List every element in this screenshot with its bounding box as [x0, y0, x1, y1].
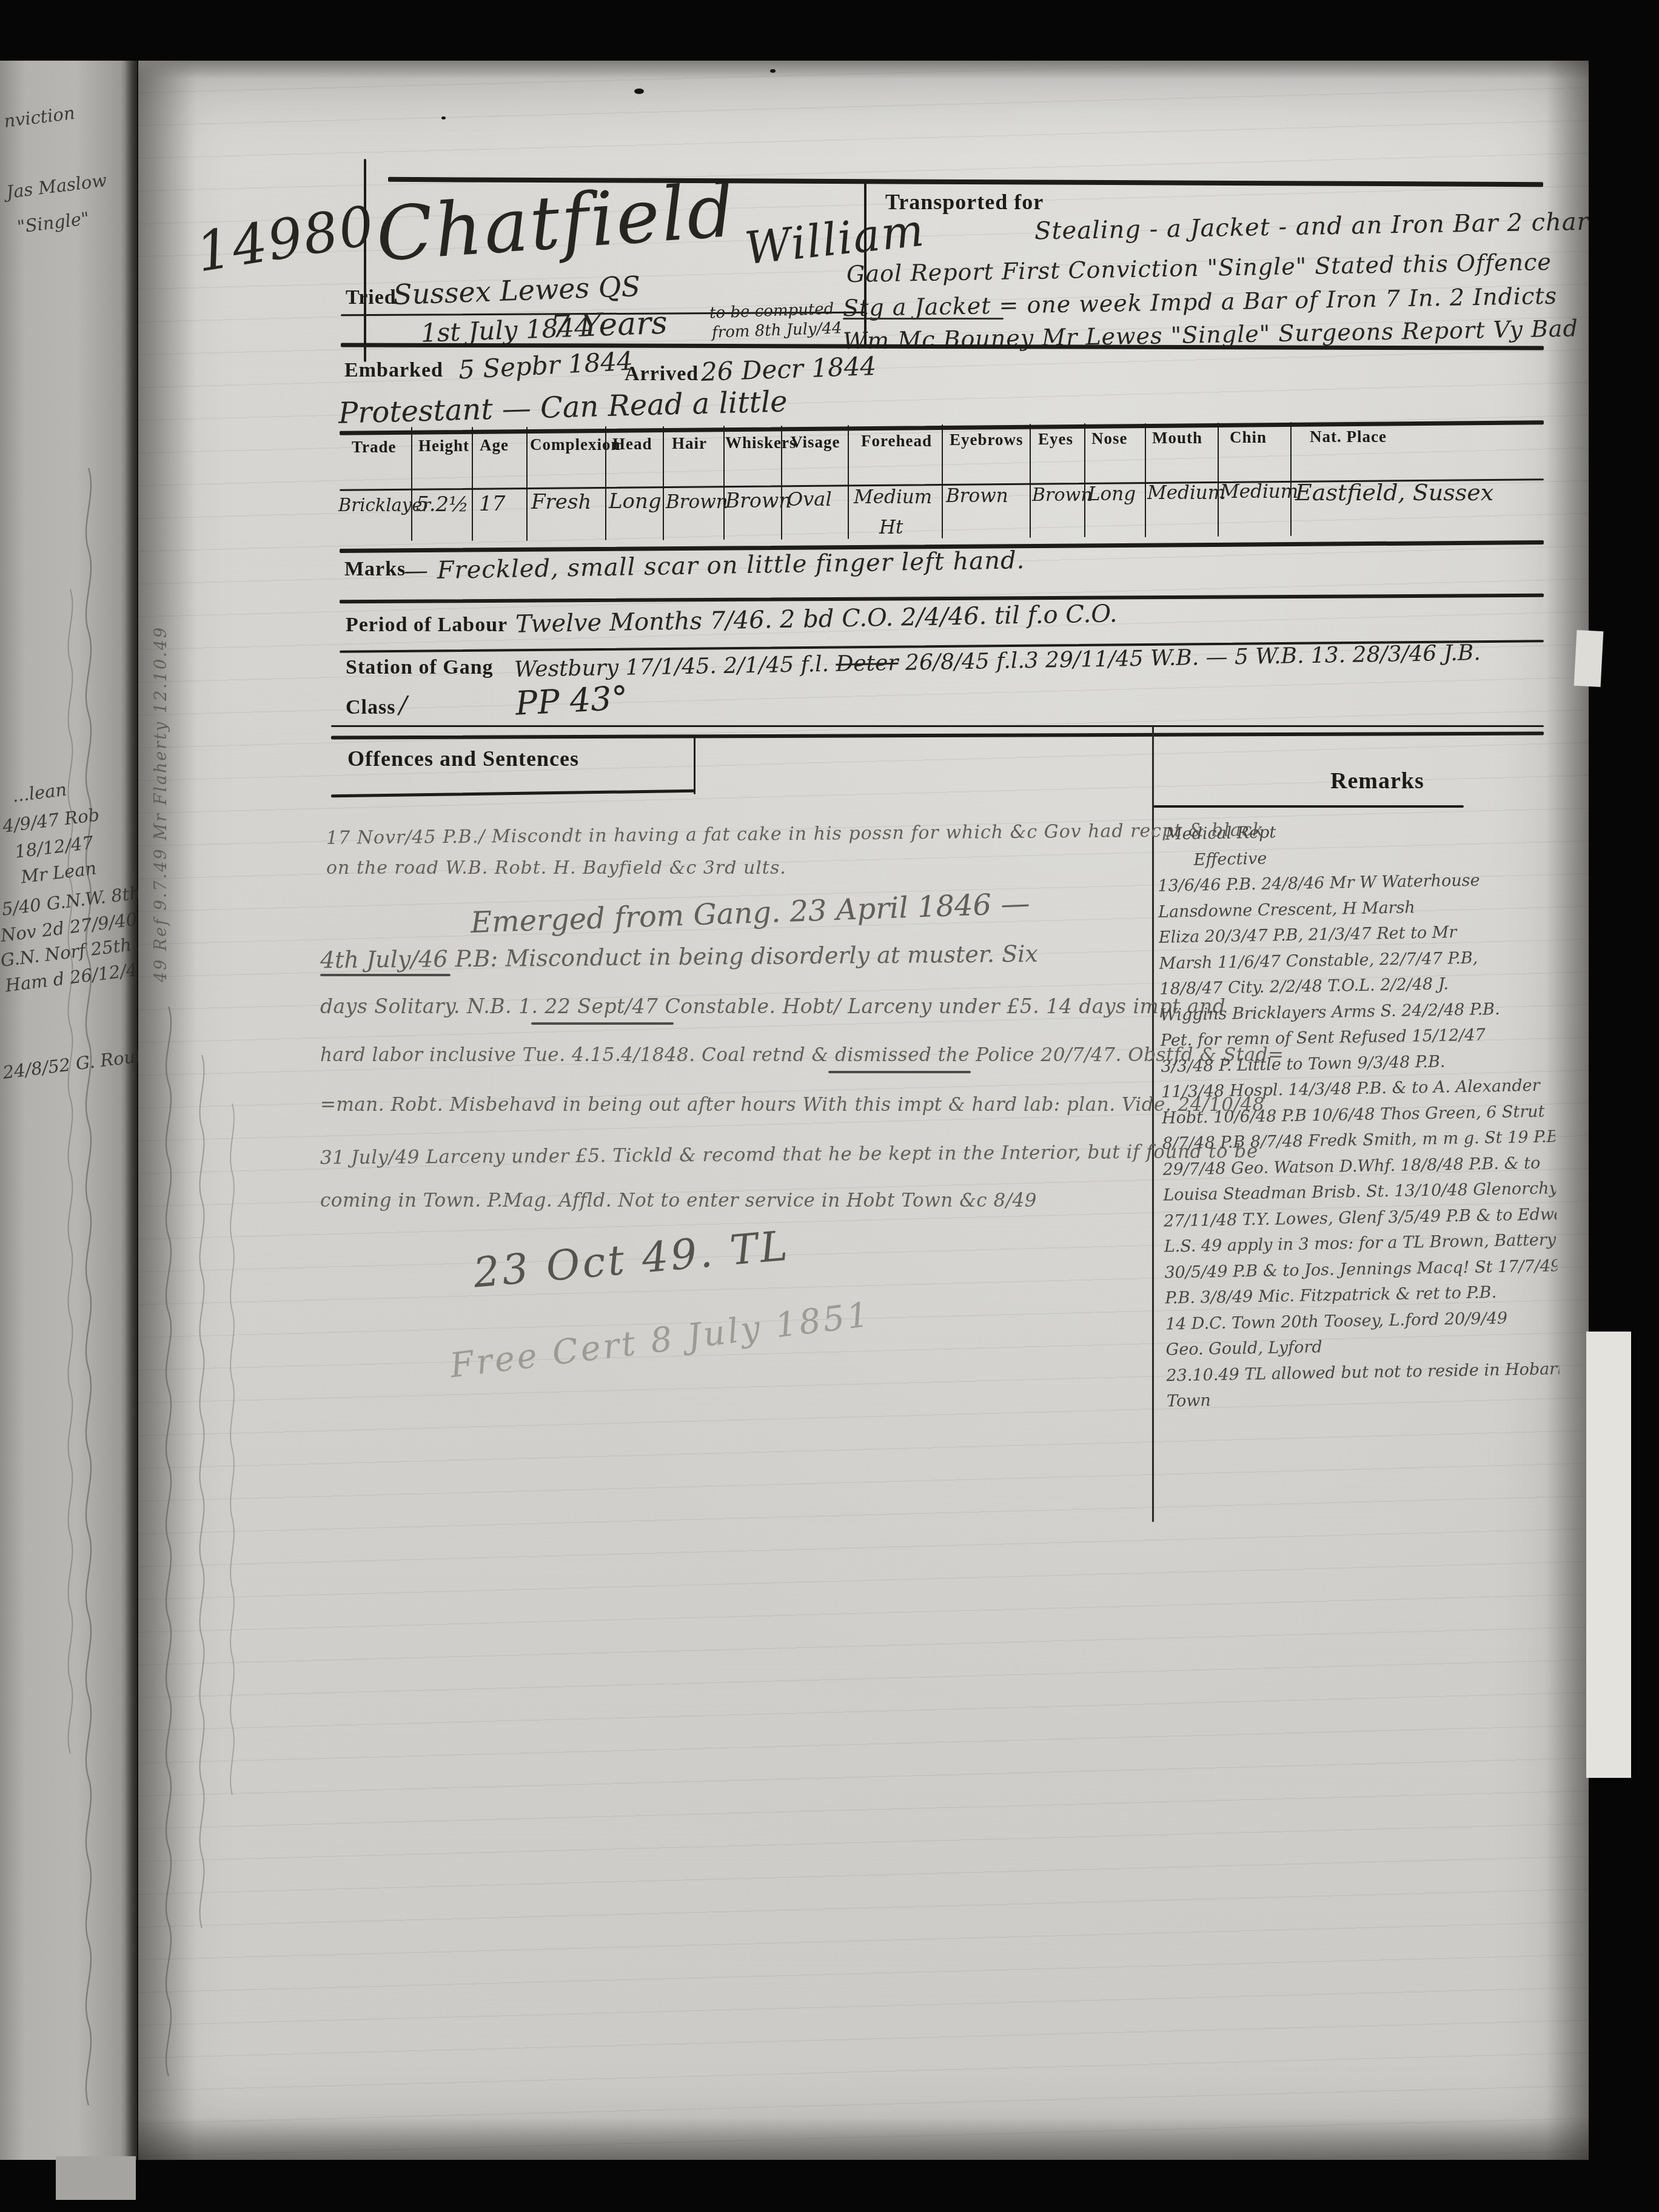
- col-header-whiskers: Whiskers: [725, 434, 797, 452]
- gaol-report-line: Gaol Report First Conviction "Single" St…: [846, 249, 1552, 287]
- offences-box-right: [694, 735, 695, 794]
- station-struck-word: Deter: [836, 651, 899, 677]
- table-col-line: [411, 427, 412, 541]
- col-header-eyebrows: Eyebrows: [950, 431, 1024, 449]
- record-page: 49 Ref 9.7.49 Mr Flaherty 12.10.49 14980…: [138, 61, 1589, 2160]
- value-whiskers: Brown: [725, 489, 791, 512]
- col-header-hair: Hair: [672, 434, 707, 453]
- period-of-labour-label: Period of Labour: [346, 614, 508, 637]
- underline: [843, 318, 1004, 320]
- value-chin: Medium: [1220, 481, 1298, 503]
- transported-for-label: Transported for: [885, 189, 1044, 215]
- transported-for-line: Stealing - a Jacket - and an Iron Bar 2 …: [1034, 207, 1634, 245]
- left-page-fragment: "Single": [16, 208, 90, 237]
- table-col-line: [663, 426, 664, 540]
- form-rule: [364, 159, 366, 362]
- tried-label: Tried: [346, 286, 397, 309]
- previous-page-edge: nviction Jas Maslow "Single" ...lean 4/9…: [0, 56, 137, 2212]
- offence-entry: coming in Town. P.Mag. Affld. Not to ent…: [320, 1190, 1037, 1212]
- table-col-line: [1084, 423, 1085, 537]
- offence-entry: 17 Novr/45 P.B./ Miscondt in having a fa…: [326, 819, 1264, 848]
- table-col-line: [1290, 422, 1292, 536]
- page-top-shadow: [138, 61, 1589, 79]
- frame-right: [1589, 0, 1659, 2212]
- value-visage: Oval: [787, 488, 832, 511]
- ink-speck: [441, 116, 446, 119]
- table-col-line: [1145, 423, 1146, 537]
- table-col-line: [472, 427, 473, 541]
- sentence: 7 Years: [550, 305, 668, 346]
- page-edge-sliver: [1574, 630, 1604, 687]
- table-col-line: [848, 425, 849, 539]
- period-of-labour-value: Twelve Months 7/46. 2 bd C.O. 2/4/46. ti…: [515, 600, 1118, 638]
- remarks-column: Medical Rept Effective 13/6/46 P.B. 24/8…: [1157, 815, 1560, 1415]
- remarks-underline: [1153, 805, 1464, 808]
- col-header-eyes: Eyes: [1038, 430, 1073, 449]
- offences-header: Offences and Sentences: [347, 746, 579, 771]
- form-rule: [331, 725, 1544, 727]
- offence-detail-line: Stg a Jacket = one week Impd a Bar of Ir…: [843, 283, 1558, 322]
- underline: [320, 974, 451, 976]
- frame-top: [0, 0, 1659, 61]
- surname: Chatfield: [374, 167, 739, 278]
- offence-entry: =man. Robt. Misbehavd in being out after…: [320, 1094, 1265, 1116]
- table-col-line: [1030, 424, 1031, 538]
- value-age: 17: [479, 492, 505, 516]
- underline: [531, 1022, 674, 1025]
- class-note: PP 43°: [514, 679, 629, 723]
- value-eyebrows: Brown: [946, 485, 1008, 507]
- table-col-line: [723, 426, 725, 540]
- value-forehead: Medium: [854, 486, 932, 508]
- sentence-computed-note: to be computed: [709, 300, 834, 322]
- offence-emerged: Emerged from Gang. 23 April 1846 —: [470, 886, 1030, 940]
- religion-literacy: Protestant — Can Read a little: [338, 384, 788, 430]
- class-value: /: [399, 691, 407, 719]
- value-hair: Brown: [666, 491, 728, 513]
- value-head: Long: [609, 489, 662, 514]
- arrived-label: Arrived: [625, 363, 699, 386]
- ink-speck: [634, 89, 644, 94]
- offence-entry: days Solitary. N.B. 1. 22 Sept/47 Consta…: [320, 994, 1225, 1018]
- value-complexion: Fresh: [531, 490, 591, 514]
- value-height: 5.2½: [416, 492, 469, 517]
- convict-record-scan: nviction Jas Maslow "Single" ...lean 4/9…: [0, 0, 1659, 2212]
- offences-box-bottom: [331, 789, 695, 797]
- form-rule: [864, 182, 866, 347]
- form-rule: [331, 732, 1544, 740]
- col-header-chin: Chin: [1230, 428, 1267, 447]
- marginalia-scribble: [52, 468, 125, 2142]
- offence-entry: 31 July/49 Larceny under £5. Tickld & re…: [320, 1141, 1258, 1169]
- table-col-line: [526, 427, 528, 541]
- vertical-margin-note: 49 Ref 9.7.49 Mr Flaherty 12.10.49: [152, 303, 170, 982]
- column-divider: [1152, 726, 1154, 1522]
- table-col-line: [1218, 423, 1219, 537]
- class-label: Class: [346, 696, 395, 719]
- value-forehead-extra: Ht: [879, 517, 903, 538]
- form-rule: [340, 594, 1544, 603]
- col-header-natplace: Nat. Place: [1310, 427, 1387, 446]
- page-curl-highlight: [56, 2156, 136, 2200]
- col-header-age: Age: [480, 436, 509, 455]
- value-mouth: Medium: [1147, 482, 1225, 504]
- sentence-computed-note: from 8th July/44: [712, 319, 843, 341]
- value-natplace: Eastfield, Sussex: [1295, 479, 1493, 506]
- col-header-mouth: Mouth: [1152, 429, 1202, 447]
- col-header-forehead: Forehead: [861, 432, 932, 451]
- ink-speck: [770, 69, 776, 73]
- left-page-fragment: nviction: [2, 102, 76, 132]
- table-col-line: [942, 424, 943, 538]
- left-page-fragment: Jas Maslow: [5, 170, 108, 203]
- value-nose: Long: [1088, 483, 1136, 505]
- marginalia-scribble: [144, 1007, 247, 2134]
- marks-value: — Freckled, small scar on little finger …: [404, 546, 1025, 585]
- col-header-visage: Visage: [791, 433, 840, 452]
- value-eyes: Brown: [1032, 484, 1092, 506]
- offence-entry: 4th July/46 P.B: Misconduct in being dis…: [320, 940, 1038, 973]
- police-number: 14980: [192, 193, 380, 284]
- remarks-header: Remarks: [1330, 768, 1424, 794]
- col-header-height: Height: [418, 437, 469, 455]
- offence-entry: on the road W.B. Robt. H. Bayfield &c 3r…: [326, 857, 786, 879]
- free-certificate-note: Free Cert 8 July 1851: [448, 1295, 873, 1386]
- col-header-head: Head: [612, 435, 652, 454]
- ticket-of-leave-note: 23 Oct 49. TL: [472, 1222, 792, 1297]
- col-header-trade: Trade: [352, 438, 397, 457]
- embarked-date: 5 Sepbr 1844: [458, 346, 634, 385]
- col-header-nose: Nose: [1091, 429, 1128, 448]
- frame-bottom: [0, 2160, 1659, 2212]
- station-part: Westbury 17/1/45. 2/1/45 f.l.: [514, 652, 829, 682]
- marks-label: Marks: [344, 558, 406, 581]
- page-edge-sliver: [1586, 1332, 1631, 1778]
- col-header-complexion: Complexion: [530, 435, 621, 454]
- embarked-label: Embarked: [344, 359, 443, 382]
- arrived-date: 26 Decr 1844: [700, 351, 877, 387]
- offence-entry: hard labor inclusive Tue. 4.15.4/1848. C…: [320, 1044, 1284, 1066]
- station-of-gang-label: Station of Gang: [346, 656, 494, 679]
- tried-place: Sussex Lewes QS: [392, 270, 641, 311]
- page-bottom-shadow: [138, 2117, 1589, 2160]
- underline: [828, 1071, 971, 1073]
